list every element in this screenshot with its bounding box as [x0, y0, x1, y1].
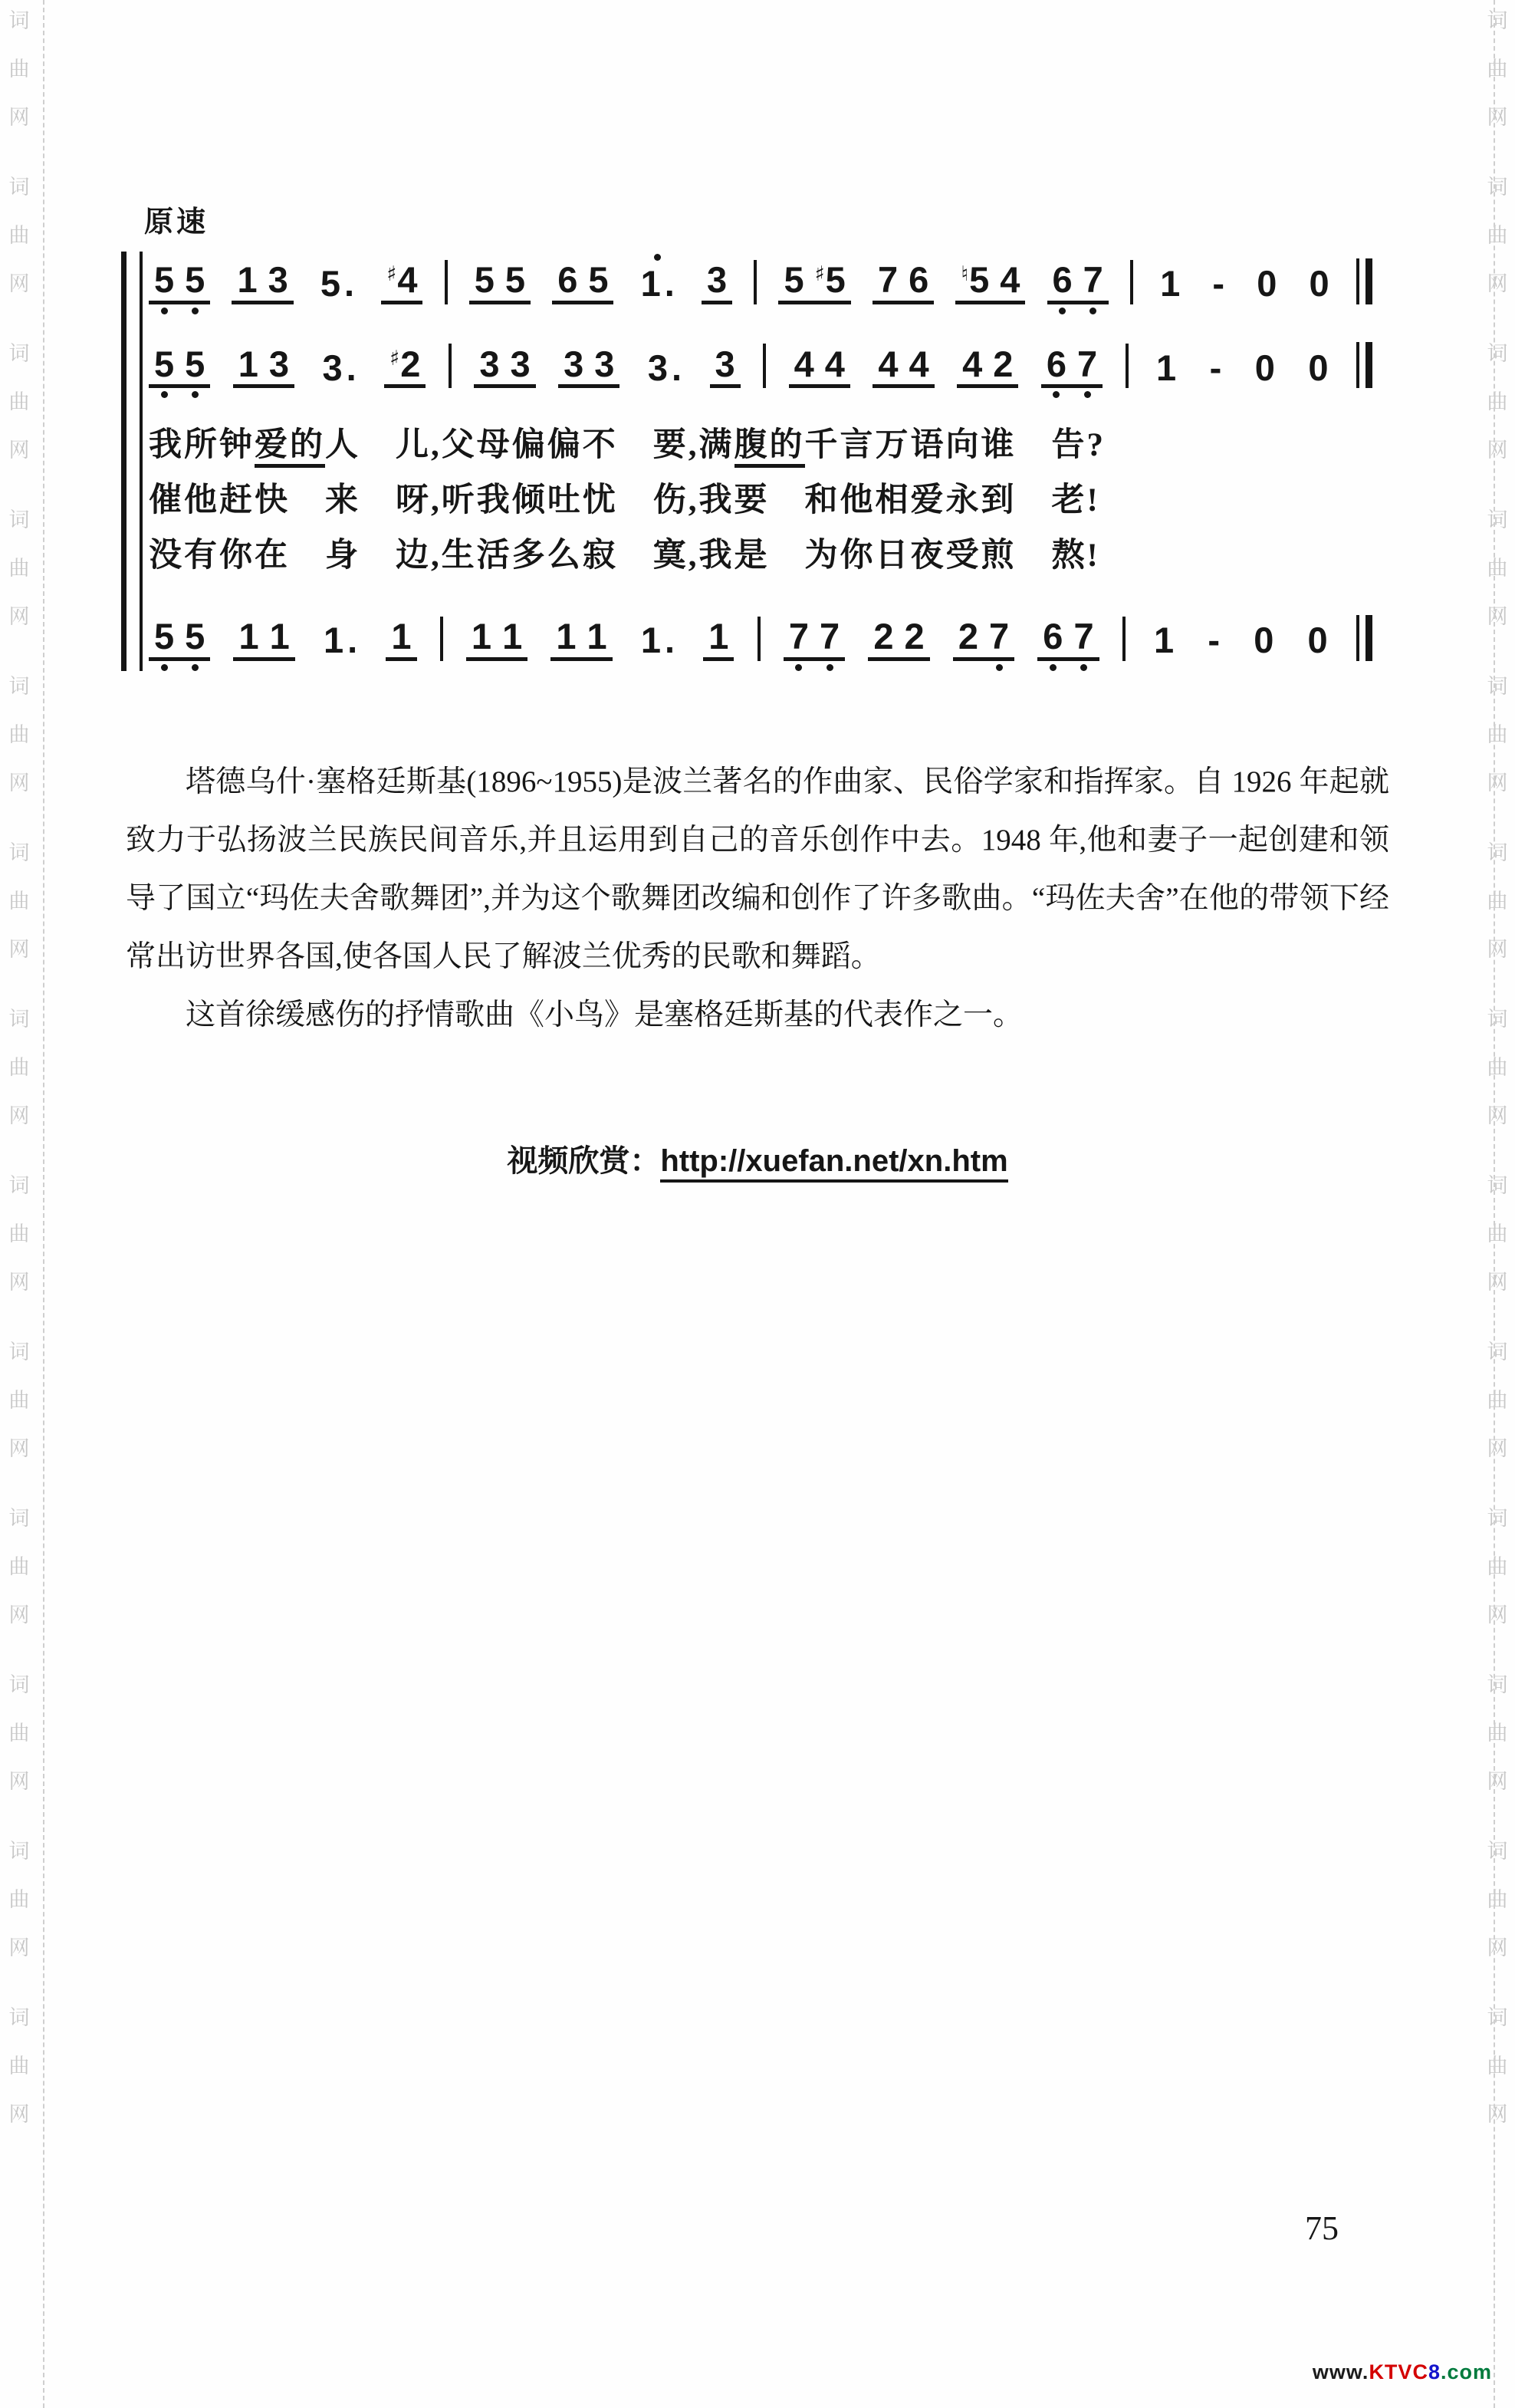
note-digit: 1 [1154, 620, 1174, 661]
augmentation-dot: . [665, 620, 675, 661]
side-watermark-char: 网 [1487, 773, 1508, 794]
side-watermark-char: 词 [9, 1675, 30, 1696]
accidental-icon: ♯ [389, 347, 399, 370]
beamed-note-group: 1 [386, 604, 416, 674]
side-watermark-char: 曲 [1487, 1058, 1508, 1078]
note-digit: 3 [268, 260, 288, 301]
octave-dot-low [192, 308, 199, 314]
note-digit: 1 [587, 617, 607, 657]
octave-dot-low [1050, 664, 1057, 671]
notation-line-voice-3: 55111.111111.1772227671-00 [149, 604, 1372, 674]
beamed-note-group: 33 [558, 331, 619, 402]
side-watermark-char: 词 [1487, 1675, 1508, 1696]
side-watermark-char: 网 [1487, 1938, 1508, 1959]
notation-note: 6 [903, 247, 934, 317]
notation-note: 2 [988, 331, 1018, 402]
side-watermark-char: 曲 [9, 725, 30, 745]
side-watermark-char: 曲 [9, 891, 30, 912]
beamed-note-group: 67 [1037, 604, 1099, 674]
right-dashed-line [1494, 0, 1495, 2408]
side-watermark-char: 网 [9, 440, 30, 461]
notation-note: 4 [873, 331, 903, 402]
measure-barline [757, 617, 761, 661]
notation-note: ♯5 [810, 247, 851, 317]
notation-note: 3. [317, 335, 362, 402]
left-side-watermark: 词曲网词曲网词曲网词曲网词曲网词曲网词曲网词曲网词曲网词曲网词曲网词曲网词曲网 [2, 0, 37, 2408]
side-watermark-char: 曲 [1487, 1723, 1508, 1744]
note-digit: 0 [1308, 620, 1328, 661]
measure-barline [754, 260, 757, 304]
note-group: 1 [1151, 335, 1181, 402]
notation-note: 6 [1041, 331, 1072, 402]
side-watermark-char: 网 [1487, 1272, 1508, 1293]
note-digit: 5 [588, 260, 608, 301]
side-watermark-char: 词 [1487, 344, 1508, 364]
notation-line-voice-2: 55133.♯233333.3444442671-00 [149, 331, 1372, 402]
octave-dot-low [192, 391, 199, 398]
side-watermark-char: 曲 [1487, 1390, 1508, 1411]
beamed-note-group: 67 [1047, 247, 1109, 317]
side-watermark-char: 网 [9, 274, 30, 294]
note-digit: 1 [391, 617, 411, 657]
note-digit: 3 [479, 344, 499, 385]
note-digit: 5 [154, 617, 174, 657]
lyrics-verse-2: 催他赶快 来 呀,听我倾吐忧 伤,我要 和他相爱永到 老! [149, 473, 1372, 528]
note-digit: 0 [1255, 348, 1275, 389]
side-watermark-char: 曲 [9, 558, 30, 579]
note-digit: 6 [909, 260, 928, 301]
note-digit: 1 [1160, 264, 1180, 304]
notation-note: 1 [497, 604, 527, 674]
notation-note: 1. [318, 607, 363, 674]
side-watermark-char: 网 [1487, 1605, 1508, 1626]
system-bracket [121, 252, 143, 671]
note-digit: 7 [820, 617, 840, 657]
notation-note: 6 [552, 247, 583, 317]
notation-note: 2 [868, 604, 899, 674]
notation-note: 4 [994, 247, 1025, 317]
final-barline [1356, 258, 1372, 304]
notation-note: 0 [1250, 335, 1280, 402]
note-digit: 1 [238, 617, 258, 657]
note-group: 0 [1248, 607, 1279, 674]
beamed-note-group: ♮54 [955, 247, 1025, 317]
note-group: 3. [317, 335, 362, 402]
note-group: - [1204, 335, 1227, 402]
side-watermark-char: 词 [9, 676, 30, 697]
note-digit: 4 [909, 344, 928, 385]
beamed-note-group: 42 [957, 331, 1018, 402]
notation-note: 5 [149, 604, 179, 674]
side-watermark-char: 词 [9, 1342, 30, 1363]
side-watermark-char: 曲 [1487, 891, 1508, 912]
note-digit: 0 [1308, 348, 1328, 389]
measure-barline [1126, 344, 1129, 388]
side-watermark-char: 词 [1487, 1841, 1508, 1862]
measure-barline [445, 260, 448, 304]
note-digit: 4 [1000, 260, 1020, 301]
octave-dot-low [827, 664, 833, 671]
note-digit: 1 [641, 620, 661, 661]
side-watermark-char: 曲 [1487, 1890, 1508, 1910]
tempo-marking: 原速 [144, 198, 209, 240]
measure-barline [1130, 260, 1133, 304]
beamed-note-group: 1 [703, 604, 734, 674]
notation-note: 4 [820, 331, 850, 402]
note-digit: 4 [825, 344, 845, 385]
note-digit: - [1208, 620, 1220, 661]
notation-note: 5 [179, 604, 210, 674]
notation-note: 5 [778, 247, 809, 317]
note-digit: 3 [715, 344, 735, 385]
beamed-note-group: 55 [469, 247, 531, 317]
side-watermark-char: 词 [9, 2008, 30, 2028]
notation-note: 1 [550, 604, 581, 674]
side-watermark-char: 曲 [1487, 1557, 1508, 1577]
side-watermark-char: 网 [1487, 607, 1508, 627]
notation-note: 1 [1149, 607, 1179, 674]
notation-note: 3 [702, 247, 732, 317]
notation-note: 1 [233, 331, 264, 402]
beamed-note-group: 55 [149, 247, 210, 317]
notation-note: 4 [957, 331, 988, 402]
beamed-note-group: 11 [550, 604, 612, 674]
note-digit: 3 [323, 348, 343, 389]
note-digit: 2 [993, 344, 1013, 385]
side-watermark-char: 词 [9, 843, 30, 864]
octave-dot-low [1053, 391, 1060, 398]
notation-note: 7 [984, 604, 1014, 674]
notation-note: ♯2 [384, 331, 426, 402]
notation-note: 5 [179, 247, 210, 317]
octave-dot-low [1059, 308, 1066, 314]
notation-note: 4 [789, 331, 820, 402]
side-watermark-char: 曲 [9, 1890, 30, 1910]
measure-barline [440, 617, 443, 661]
note-digit: 7 [989, 617, 1009, 657]
side-watermark-char: 曲 [9, 59, 30, 80]
notation-note: 5 [500, 247, 531, 317]
note-digit: 5 [475, 260, 495, 301]
side-watermark-char: 曲 [1487, 59, 1508, 80]
lyrics-verse-1: 我所钟爱的人 儿,父母偏偏不 要,满腹的千言万语向谁 告? [149, 418, 1372, 473]
note-group: 5. [315, 251, 360, 317]
note-digit: 2 [958, 617, 978, 657]
side-watermark-char: 网 [9, 1605, 30, 1626]
notation-note: 6 [1047, 247, 1078, 317]
note-digit: 2 [400, 344, 420, 385]
note-digit: - [1212, 264, 1224, 304]
accidental-icon: ♯ [386, 262, 396, 286]
beamed-note-group: 5♯5 [778, 247, 850, 317]
side-watermark-char: 网 [9, 2104, 30, 2125]
accidental-icon: ♯ [815, 262, 825, 286]
notation-note: 5 [583, 247, 613, 317]
notation-note: 7 [1072, 331, 1103, 402]
note-digit: 5 [154, 260, 174, 301]
score-system: 55135.♯455651.35♯576♮54671-00 55133.♯233… [121, 247, 1372, 674]
note-digit: 5 [185, 260, 205, 301]
left-dashed-line [43, 0, 44, 2408]
note-digit: 0 [1257, 264, 1277, 304]
note-group: 0 [1304, 251, 1335, 317]
augmentation-dot: . [347, 620, 357, 661]
note-digit: 3 [648, 348, 668, 389]
notation-note: 7 [1068, 604, 1099, 674]
note-digit: 5 [154, 344, 174, 385]
side-watermark-char: 词 [1487, 843, 1508, 864]
augmentation-dot: . [665, 264, 675, 304]
note-digit: 7 [1083, 260, 1103, 301]
octave-dot-low [1080, 664, 1087, 671]
side-watermark-char: 网 [1487, 939, 1508, 960]
beamed-note-group: 76 [873, 247, 934, 317]
side-watermark-char: 曲 [9, 2056, 30, 2077]
note-digit: 7 [878, 260, 898, 301]
side-watermark-char: 曲 [9, 1058, 30, 1078]
site-watermark: www.KTVC8.com [1313, 2360, 1492, 2384]
note-digit: 5 [320, 264, 340, 304]
beamed-note-group: 77 [784, 604, 845, 674]
side-watermark-char: 网 [1487, 107, 1508, 128]
note-group: 3. [642, 335, 687, 402]
notation-note: 5. [315, 251, 360, 317]
side-watermark-char: 词 [9, 510, 30, 531]
note-digit: 6 [1047, 344, 1066, 385]
notation-note: 0 [1303, 335, 1333, 402]
beamed-note-group: 13 [233, 331, 294, 402]
notation-note: 1 [1151, 335, 1181, 402]
side-watermark-char: 曲 [9, 1723, 30, 1744]
side-watermark-char: 词 [1487, 1342, 1508, 1363]
side-watermark-char: 词 [1487, 11, 1508, 31]
side-watermark-char: 网 [9, 1272, 30, 1293]
note-digit: - [1210, 348, 1222, 389]
side-watermark-char: 曲 [9, 1224, 30, 1245]
note-digit: 1 [708, 617, 728, 657]
note-digit: 3 [510, 344, 530, 385]
notation-note: 1 [232, 247, 262, 317]
augmentation-dot: . [344, 264, 354, 304]
octave-dot-low [795, 664, 802, 671]
composer-biography: 塔德乌什·塞格廷斯基(1896~1955)是波兰著名的作曲家、民俗学家和指挥家。… [126, 753, 1389, 1044]
beamed-note-group: 3 [710, 331, 741, 402]
note-digit: 4 [962, 344, 982, 385]
notation-note: 0 [1303, 607, 1333, 674]
lyric-segment-underlined: 爱的 [255, 427, 325, 468]
note-digit: 0 [1254, 620, 1273, 661]
side-watermark-char: 词 [9, 1841, 30, 1862]
side-watermark-char: 网 [1487, 2104, 1508, 2125]
video-link-label: 视频欣赏： [507, 1144, 660, 1178]
note-group: 1 [1149, 607, 1179, 674]
notation-note: 3 [558, 331, 589, 402]
note-group: - [1202, 607, 1225, 674]
octave-dot-low [161, 664, 168, 671]
beamed-note-group: 27 [953, 604, 1014, 674]
notation-line-voice-1: 55135.♯455651.35♯576♮54671-00 [149, 247, 1372, 317]
note-digit: 6 [1053, 260, 1073, 301]
augmentation-dot: . [347, 348, 357, 389]
note-digit: 6 [557, 260, 577, 301]
notation-note: - [1204, 335, 1227, 402]
note-digit: 3 [564, 344, 583, 385]
note-digit: 3 [707, 260, 727, 301]
note-digit: 2 [873, 617, 893, 657]
beamed-note-group: 55 [149, 604, 210, 674]
notation-note: 1. [636, 607, 680, 674]
side-watermark-char: 词 [9, 1508, 30, 1529]
video-link-line: 视频欣赏：http://xuefan.net/xn.htm [0, 1137, 1515, 1180]
side-watermark-char: 曲 [9, 1390, 30, 1411]
side-watermark-char: 曲 [9, 225, 30, 246]
lyrics-verse-3: 没有你在 身 边,生活多么寂 寞,我是 为你日夜受煎 熬! [149, 528, 1372, 584]
notation-note: 3 [504, 331, 535, 402]
notation-note: 3. [642, 335, 687, 402]
note-digit: 4 [878, 344, 898, 385]
side-watermark-char: 网 [9, 1938, 30, 1959]
note-digit: 5 [505, 260, 525, 301]
notation-note: 1 [582, 604, 613, 674]
note-digit: 7 [1073, 617, 1093, 657]
octave-dot-low [996, 664, 1003, 671]
notation-note: 1 [703, 604, 734, 674]
measure-barline [1122, 617, 1126, 661]
note-digit: 5 [185, 617, 205, 657]
note-digit: 4 [794, 344, 814, 385]
notation-note: 2 [899, 604, 929, 674]
notation-note: 5 [469, 247, 500, 317]
bio-paragraph-1: 塔德乌什·塞格廷斯基(1896~1955)是波兰著名的作曲家、民俗学家和指挥家。… [126, 753, 1389, 986]
video-url-link[interactable]: http://xuefan.net/xn.htm [660, 1144, 1007, 1183]
site-watermark-segment: 8 [1428, 2360, 1441, 2383]
side-watermark-char: 词 [1487, 1009, 1508, 1030]
notation-note: 7 [873, 247, 903, 317]
final-barline [1356, 342, 1372, 388]
note-group: 0 [1251, 251, 1282, 317]
side-watermark-char: 词 [9, 177, 30, 198]
beamed-note-group: 11 [466, 604, 527, 674]
side-watermark-char: 网 [1487, 440, 1508, 461]
note-group: 0 [1250, 335, 1280, 402]
side-watermark-char: 词 [9, 1009, 30, 1030]
octave-dot-low [192, 664, 199, 671]
beamed-note-group: 65 [552, 247, 613, 317]
notation-note: 7 [1078, 247, 1109, 317]
side-watermark-char: 曲 [1487, 725, 1508, 745]
side-watermark-char: 曲 [1487, 1224, 1508, 1245]
note-group: 1. [318, 607, 363, 674]
octave-dot-low [161, 308, 168, 314]
side-watermark-char: 曲 [9, 1557, 30, 1577]
final-barline [1356, 615, 1372, 661]
bio-paragraph-2: 这首徐缓感伤的抒情歌曲《小鸟》是塞格廷斯基的代表作之一。 [126, 986, 1389, 1044]
notation-note: 1. [636, 251, 680, 317]
note-digit: 6 [1043, 617, 1063, 657]
side-watermark-char: 曲 [1487, 2056, 1508, 2077]
lyrics-block: 我所钟爱的人 儿,父母偏偏不 要,满腹的千言万语向谁 告? 催他赶快 来 呀,听… [149, 418, 1372, 584]
side-watermark-char: 曲 [1487, 225, 1508, 246]
side-watermark-char: 词 [1487, 2008, 1508, 2028]
note-digit: 1 [556, 617, 576, 657]
side-watermark-char: 词 [1487, 1508, 1508, 1529]
note-group: - [1207, 251, 1230, 317]
note-digit: 4 [397, 260, 417, 301]
notation-note: 0 [1304, 251, 1335, 317]
notation-note: 3 [589, 331, 619, 402]
lyric-segment-underlined: 腹的 [734, 427, 805, 468]
note-group: 1. [636, 251, 680, 317]
side-watermark-char: 网 [9, 607, 30, 627]
notation-note: 0 [1251, 251, 1282, 317]
side-watermark-char: 网 [9, 1439, 30, 1459]
notation-note: 3 [474, 331, 504, 402]
notation-note: 1 [466, 604, 497, 674]
side-watermark-char: 网 [9, 107, 30, 128]
beamed-note-group: ♯4 [381, 247, 422, 317]
notation-note: 2 [953, 604, 984, 674]
note-digit: 5 [185, 344, 205, 385]
notation-note: 1 [233, 604, 264, 674]
side-watermark-char: 曲 [1487, 392, 1508, 413]
lyric-segment: 催他赶快 来 呀,听我倾吐忧 伤,我要 和他相爱永到 老! [149, 482, 1100, 518]
note-digit: 7 [789, 617, 809, 657]
beamed-note-group: 3 [702, 247, 732, 317]
site-watermark-segment: www. [1313, 2360, 1369, 2383]
notation-note: 5 [149, 331, 179, 402]
note-digit: 1 [238, 344, 258, 385]
measure-barline [763, 344, 766, 388]
site-watermark-segment: .com [1441, 2360, 1492, 2383]
note-digit: 1 [641, 264, 661, 304]
notation-note: 7 [784, 604, 814, 674]
notation-note: 1 [386, 604, 416, 674]
note-digit: 5 [969, 260, 989, 301]
beamed-note-group: 33 [474, 331, 535, 402]
right-side-watermark: 词曲网词曲网词曲网词曲网词曲网词曲网词曲网词曲网词曲网词曲网词曲网词曲网词曲网 [1480, 0, 1515, 2408]
notation-note: 1 [265, 604, 295, 674]
beamed-note-group: ♯2 [384, 331, 426, 402]
notation-note: 6 [1037, 604, 1068, 674]
note-digit: 1 [270, 617, 290, 657]
side-watermark-char: 网 [9, 773, 30, 794]
beamed-note-group: 11 [233, 604, 294, 674]
octave-dot-low [1084, 391, 1091, 398]
octave-dot-low [161, 391, 168, 398]
note-digit: 1 [324, 620, 343, 661]
notation-note: 4 [903, 331, 934, 402]
notation-note: 3 [710, 331, 741, 402]
note-digit: 5 [784, 260, 804, 301]
note-digit: 3 [594, 344, 614, 385]
note-digit: 1 [237, 260, 257, 301]
side-watermark-char: 词 [1487, 177, 1508, 198]
note-group: 0 [1303, 335, 1333, 402]
site-watermark-segment: KTVC [1369, 2360, 1428, 2383]
notation-note: 3 [263, 247, 294, 317]
lyric-segment: 我所钟 [149, 427, 255, 463]
octave-dot-low [1089, 308, 1096, 314]
augmentation-dot: . [672, 348, 682, 389]
note-digit: 5 [826, 260, 846, 301]
accidental-icon: ♮ [961, 262, 968, 286]
notation-note: - [1202, 607, 1225, 674]
side-watermark-char: 网 [1487, 1771, 1508, 1792]
notation-note: 5 [149, 247, 179, 317]
measure-barline [449, 344, 452, 388]
note-group: 1. [636, 607, 680, 674]
side-watermark-char: 词 [1487, 510, 1508, 531]
